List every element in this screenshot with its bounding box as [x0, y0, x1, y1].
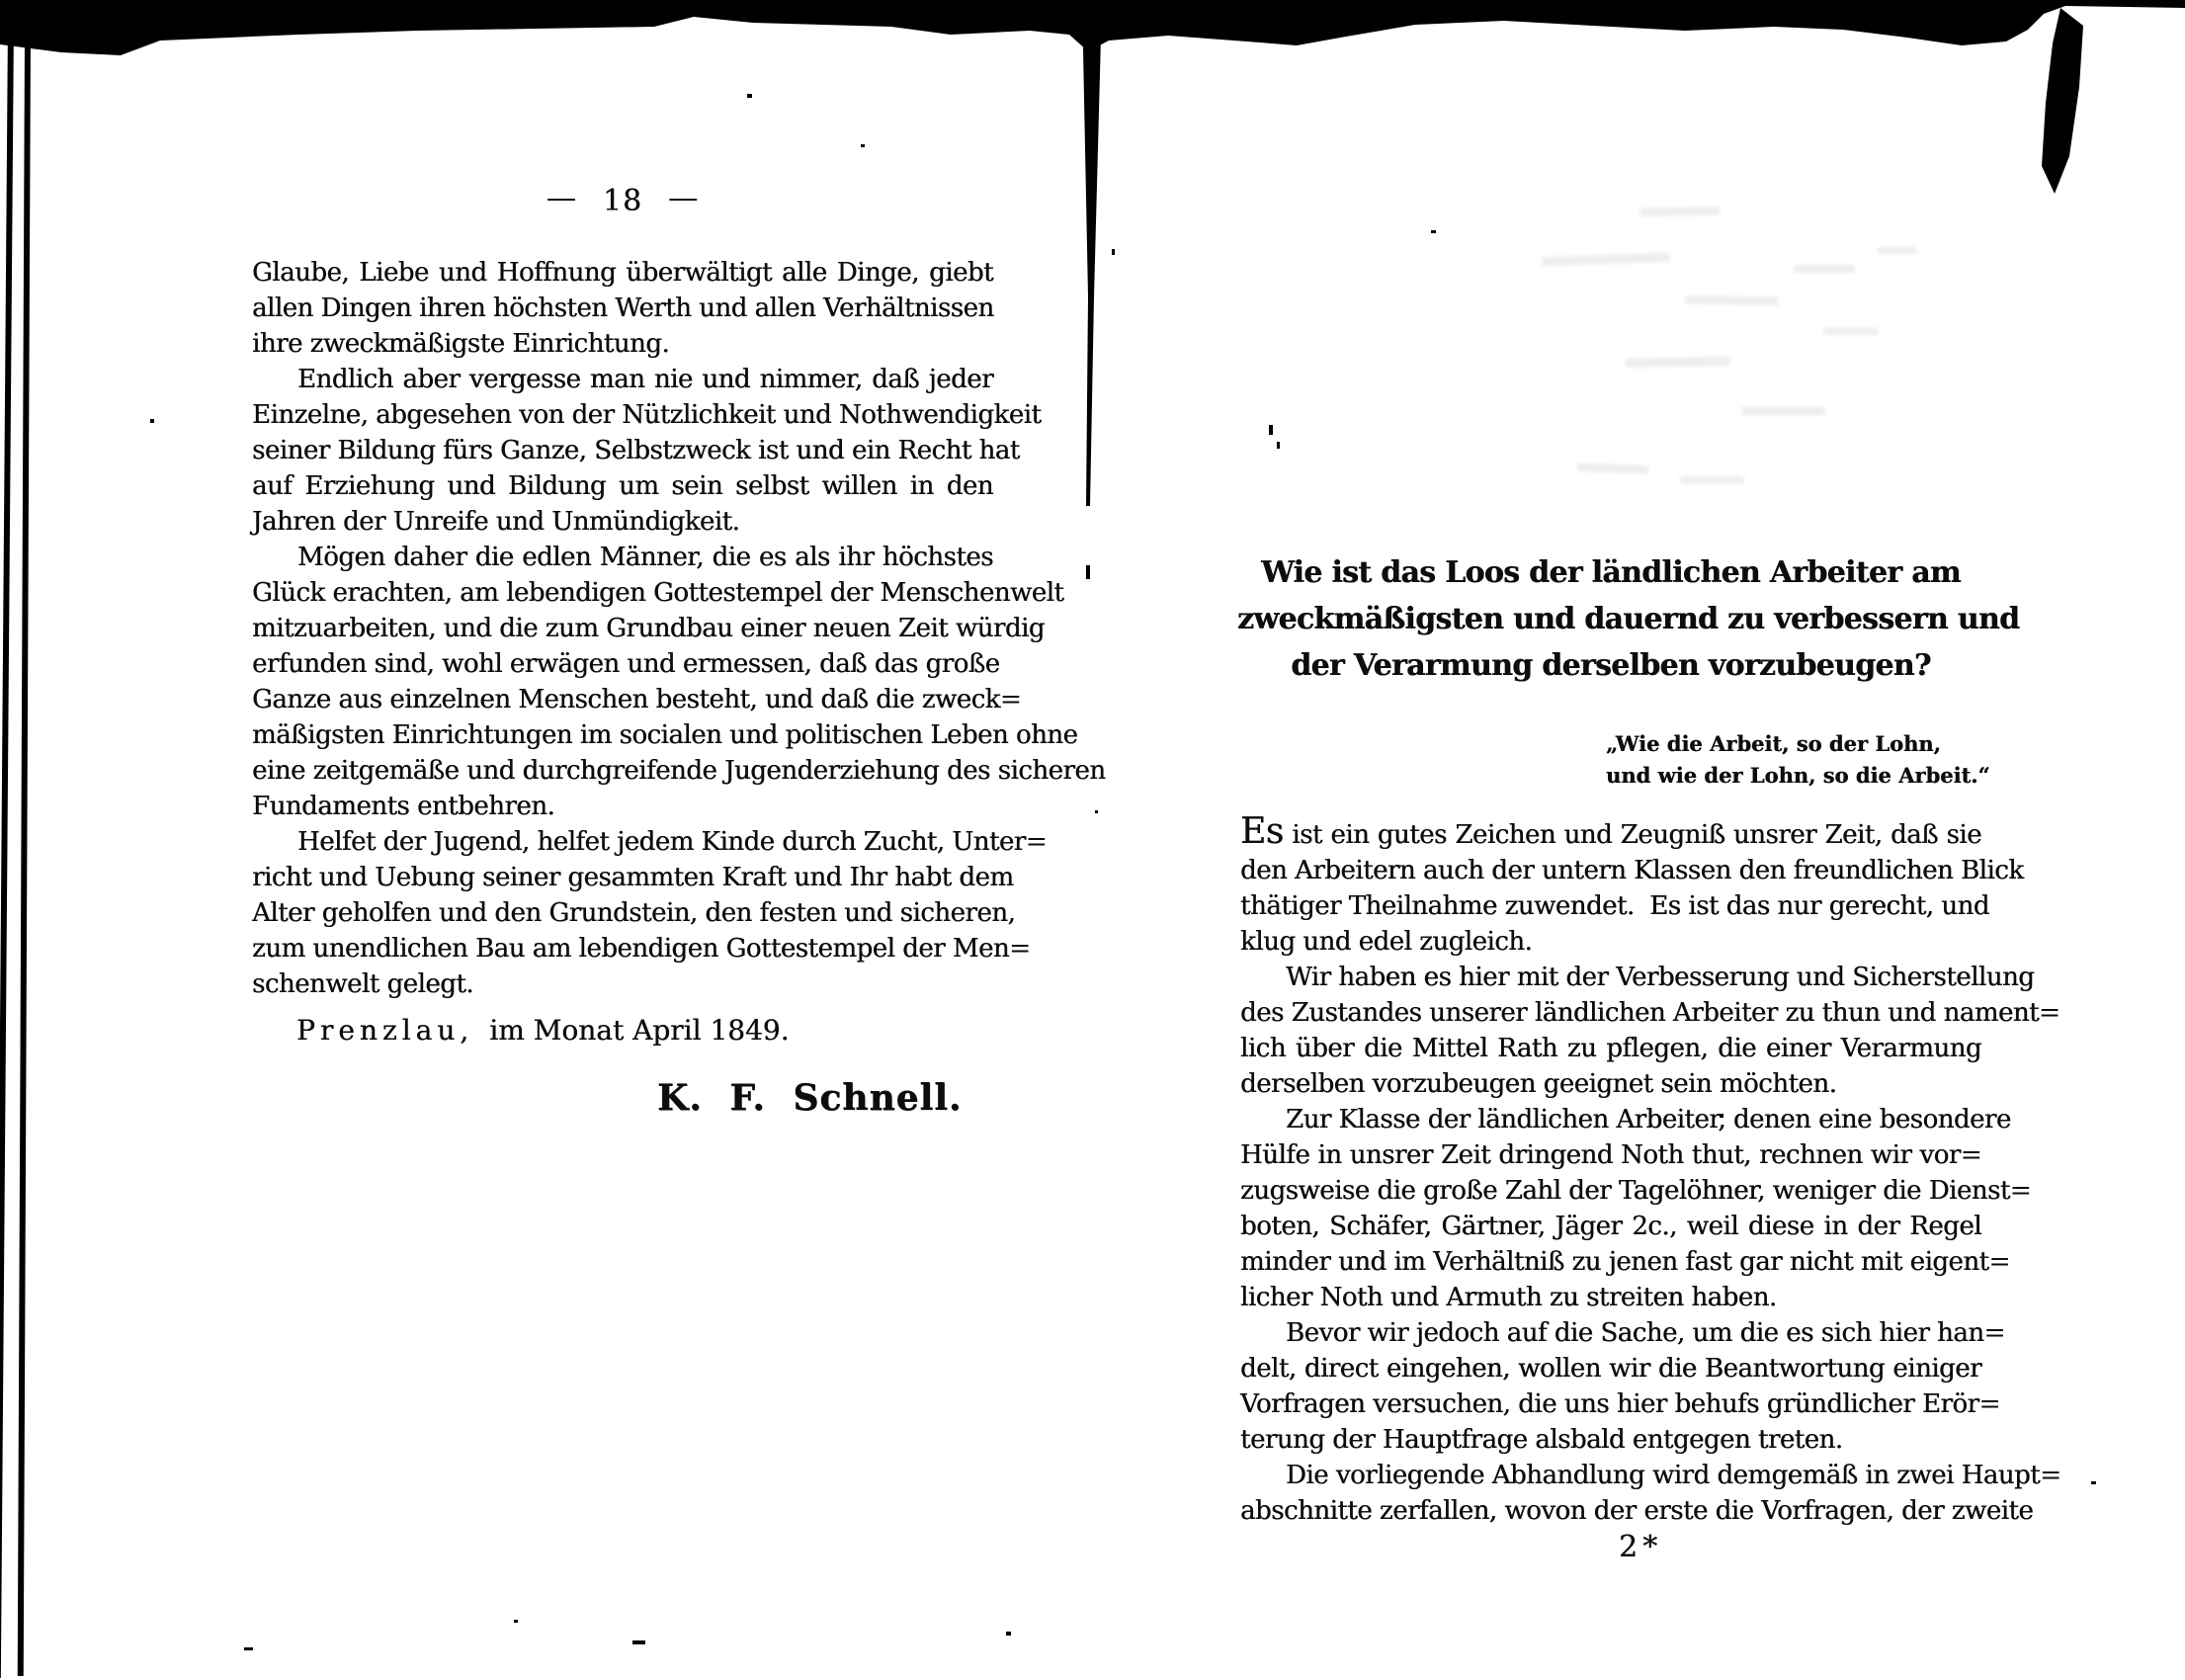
text-line: zugsweise die große Zahl der Tagelöhner,…	[1240, 1173, 1981, 1209]
text-line: des Zustandes unserer ländlichen Arbeite…	[1240, 995, 1981, 1031]
ink-speck	[244, 1647, 253, 1650]
paragraph: Bevor wir jedoch auf die Sache, um die e…	[1240, 1315, 1981, 1458]
bleedthrough-smudge	[1577, 463, 1648, 474]
ink-speck	[1269, 425, 1273, 435]
ink-speck	[2091, 1481, 2096, 1484]
paragraph: Helfet der Jugend, helfet jedem Kinde du…	[252, 824, 993, 1002]
section-heading: Wie ist das Loos der ländlichen Arbeiter…	[1237, 549, 1984, 689]
text-line: erfunden sind, wohl erwägen und ermessen…	[252, 646, 993, 682]
text-line: Mögen daher die edlen Männer, die es als…	[252, 540, 993, 575]
text-line: mitzuarbeiten, und die zum Grundbau eine…	[252, 611, 993, 646]
text-line: derselben vorzubeugen geeignet sein möch…	[1240, 1066, 1981, 1102]
text-line: „Wie die Arbeit, so der Lohn,	[1606, 728, 1990, 760]
text-line: Fundaments entbehren.	[252, 789, 993, 824]
page-number-dash-right: —	[668, 181, 699, 215]
page-gutter-shadow	[1086, 565, 1090, 579]
paragraph: Glaube, Liebe und Hoffnung überwältigt a…	[252, 255, 993, 362]
paragraph: Zur Klasse der ländlichen Arbeiter, dene…	[1240, 1102, 1981, 1315]
text-line: Bevor wir jedoch auf die Sache, um die e…	[1240, 1315, 1981, 1351]
paragraph: Es ist ein gutes Zeichen und Zeugniß uns…	[1240, 814, 1981, 960]
text-line: licher Noth und Armuth zu streiten haben…	[1240, 1280, 1981, 1315]
left-page-body-text: Glaube, Liebe und Hoffnung überwältigt a…	[252, 255, 993, 1002]
epigraph-motto: „Wie die Arbeit, so der Lohn,und wie der…	[1606, 728, 1990, 792]
text-line: Helfet der Jugend, helfet jedem Kinde du…	[252, 824, 993, 860]
text-line: Alter geholfen und den Grundstein, den f…	[252, 895, 993, 931]
text-line: seiner Bildung fürs Ganze, Selbstzweck i…	[252, 433, 993, 468]
text-line: Jahren der Unreife und Unmündigkeit.	[252, 504, 993, 540]
right-page-body-text: Es ist ein gutes Zeichen und Zeugniß uns…	[1240, 814, 1981, 1529]
paragraph: Die vorliegende Abhandlung wird demgemäß…	[1240, 1458, 1981, 1529]
bleedthrough-smudge	[1542, 253, 1670, 267]
dateline-place: Prenzlau,	[296, 1014, 473, 1047]
text-line: richt und Uebung seiner gesammten Kraft …	[252, 860, 993, 895]
text-line: Es ist ein gutes Zeichen und Zeugniß uns…	[1240, 814, 1981, 853]
text-line: Hülfe in unsrer Zeit dringend Noth thut,…	[1240, 1137, 1981, 1173]
scan-corner-artifact	[2036, 0, 2095, 198]
paragraph: Endlich aber vergesse man nie und nimmer…	[252, 362, 993, 540]
printers-signature-mark: 2*	[1619, 1530, 1662, 1564]
ink-speck	[861, 144, 865, 147]
scanned-book-spread: —18— Glaube, Liebe und Hoffnung überwält…	[0, 0, 2185, 1680]
ink-speck	[514, 1620, 518, 1623]
text-line: Einzelne, abgesehen von der Nützlichkeit…	[252, 397, 993, 433]
text-line: terung der Hauptfrage alsbald entgegen t…	[1240, 1422, 1981, 1458]
text-line: Vorfragen versuchen, die uns hier behufs…	[1240, 1386, 1981, 1422]
text-line: Endlich aber vergesse man nie und nimmer…	[252, 362, 993, 397]
page-number: —18—	[252, 184, 993, 218]
text-line: zweckmäßigsten und dauernd zu verbessern…	[1237, 596, 1984, 642]
text-line: auf Erziehung und Bildung um sein selbst…	[252, 468, 993, 504]
text-line: Ganze aus einzelnen Menschen besteht, un…	[252, 682, 993, 717]
text-line: Zur Klasse der ländlichen Arbeiter, dene…	[1240, 1102, 1981, 1137]
text-line: den Arbeitern auch der untern Klassen de…	[1240, 853, 1981, 888]
text-line: allen Dingen ihren höchsten Werth und al…	[252, 291, 993, 326]
text-line: Wie ist das Loos der ländlichen Arbeiter…	[1237, 549, 1984, 596]
text-line: ihre zweckmäßigste Einrichtung.	[252, 326, 993, 362]
text-line: schenwelt gelegt.	[252, 966, 993, 1002]
scan-left-edge-line	[18, 36, 31, 1676]
ink-speck	[632, 1640, 645, 1644]
dateline-date: im Monat April 1849.	[489, 1014, 789, 1047]
page-number-dash-left: —	[546, 181, 577, 215]
bleedthrough-smudge	[1794, 265, 1855, 273]
author-signature: K. F. Schnell.	[657, 1077, 962, 1119]
text-line: der Verarmung derselben vorzubeugen?	[1237, 642, 1984, 689]
ink-speck	[150, 419, 154, 423]
ink-speck	[1006, 1632, 1011, 1636]
text-line: Wir haben es hier mit der Verbesserung u…	[1240, 960, 1981, 995]
page-gutter-shadow	[1080, 0, 1102, 506]
text-line: eine zeitgemäße und durchgreifende Jugen…	[252, 753, 993, 789]
text-line: Glaube, Liebe und Hoffnung überwältigt a…	[252, 255, 993, 291]
bleedthrough-smudge	[1823, 328, 1878, 335]
bleedthrough-smudge	[1878, 247, 1917, 254]
text-line: und wie der Lohn, so die Arbeit.“	[1606, 760, 1990, 792]
dateline: Prenzlau,im Monat April 1849.	[296, 1014, 789, 1047]
ink-speck	[1112, 249, 1115, 255]
ink-speck	[747, 94, 752, 98]
text-line: delt, direct eingehen, wollen wir die Be…	[1240, 1351, 1981, 1386]
text-line: Glück erachten, am lebendigen Gottestemp…	[252, 575, 993, 611]
bleedthrough-smudge	[1640, 207, 1720, 215]
text-line: boten, Schäfer, Gärtner, Jäger 2c., weil…	[1240, 1209, 1981, 1244]
paragraph: Wir haben es hier mit der Verbesserung u…	[1240, 960, 1981, 1102]
bleedthrough-smudge	[1680, 476, 1744, 483]
bleedthrough-smudge	[1626, 357, 1729, 368]
text-line: mäßigsten Einrichtungen im socialen und …	[252, 717, 993, 753]
text-line: lich über die Mittel Rath zu pflegen, di…	[1240, 1031, 1981, 1066]
text-line: minder und im Verhältniß zu jenen fast g…	[1240, 1244, 1981, 1280]
paragraph: Mögen daher die edlen Männer, die es als…	[252, 540, 993, 824]
text-line: thätiger Theilnahme zuwendet. Es ist das…	[1240, 888, 1981, 924]
text-line: abschnitte zerfallen, wovon der erste di…	[1240, 1493, 1981, 1529]
bleedthrough-smudge	[1741, 407, 1825, 415]
page-number-value: 18	[603, 184, 642, 218]
ink-speck	[1431, 230, 1436, 233]
scan-left-edge-line	[0, 22, 14, 1678]
ink-speck	[1277, 442, 1280, 449]
text-line: Die vorliegende Abhandlung wird demgemäß…	[1240, 1458, 1981, 1493]
bleedthrough-smudge	[1685, 295, 1779, 305]
lead-initial: Es	[1240, 811, 1284, 852]
text-line: zum unendlichen Bau am lebendigen Gottes…	[252, 931, 993, 966]
text-line: klug und edel zugleich.	[1240, 924, 1981, 960]
ink-speck	[1095, 810, 1098, 813]
